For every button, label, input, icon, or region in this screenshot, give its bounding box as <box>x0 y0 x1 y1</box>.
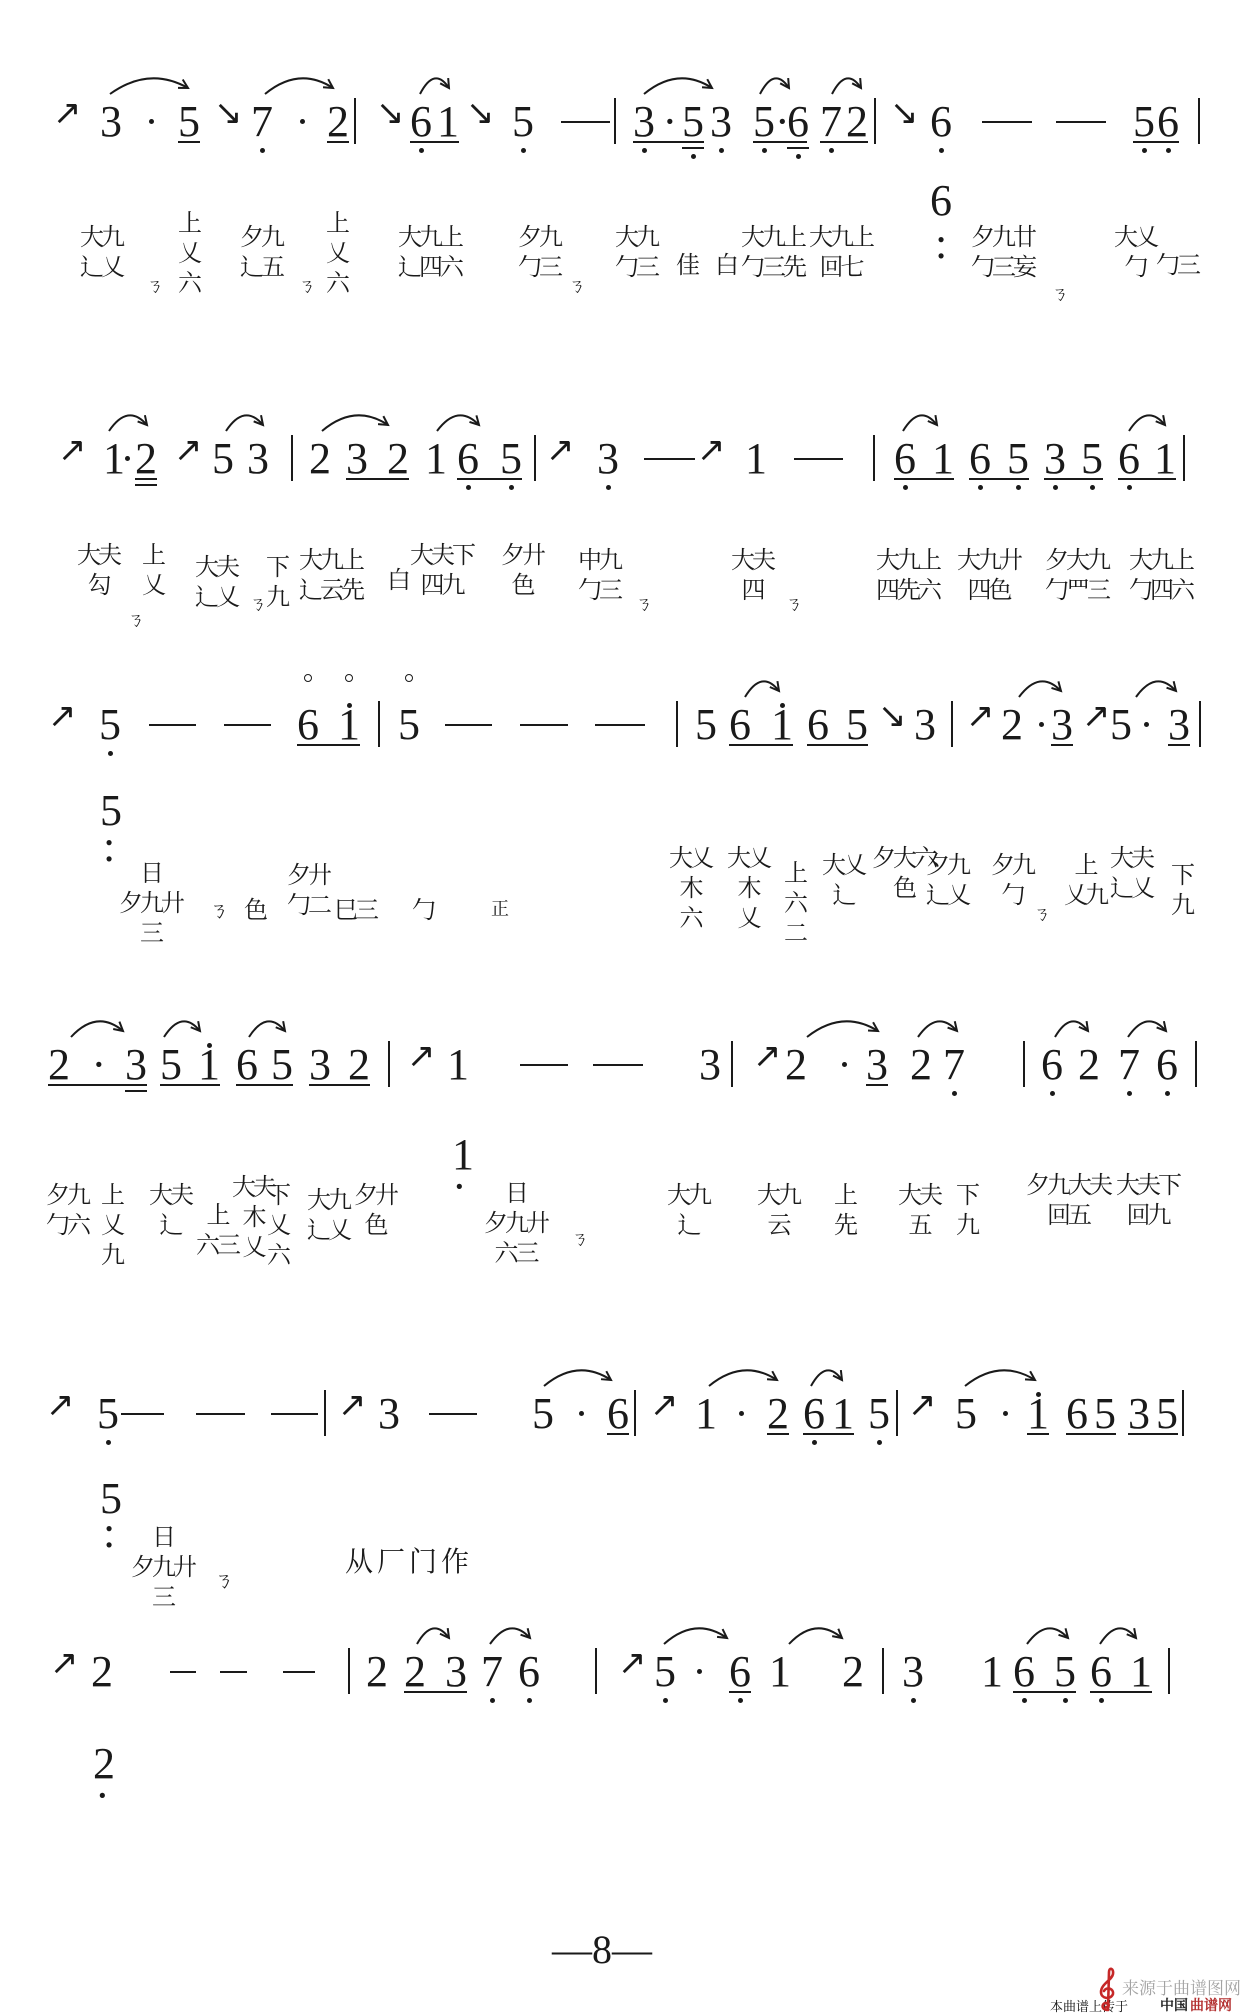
jianzi-part: 下 <box>1171 860 1192 890</box>
slur-arrowhead-icon <box>1157 1021 1166 1031</box>
barline <box>324 1390 326 1436</box>
jianzi-glyph: 大夫辶 <box>149 1180 191 1240</box>
note-digit: 1 <box>771 704 793 746</box>
jianzi-part: 勹三 <box>578 575 620 605</box>
note-group: 6 <box>729 1651 751 1693</box>
jianzi-glyph: 大九上四先六 <box>876 545 939 605</box>
slur-arc <box>811 1370 842 1386</box>
slur-arc <box>1136 681 1176 697</box>
jianzi-part: 上 <box>834 1180 855 1210</box>
jianzi-part: 下 <box>267 1180 288 1210</box>
note-digit: 3 <box>699 1044 721 1086</box>
slur-arrowhead-icon <box>521 1628 530 1638</box>
note-digit: 2 <box>1001 704 1023 746</box>
jianzi-part: 勹三 <box>518 252 560 282</box>
jianzi-glyph: 下九 <box>956 1180 977 1240</box>
note-group: 5 <box>532 1393 554 1435</box>
jianzi-part: 回七 <box>820 252 862 282</box>
jianzi-glyph: 上先 <box>834 1180 855 1240</box>
slur-arc <box>664 1628 727 1644</box>
augmentation-dot <box>125 456 130 461</box>
note-digit: 5 <box>271 1044 293 1086</box>
note-group: 32 <box>346 438 409 480</box>
jianzi-part: 色 <box>512 570 533 600</box>
jianzi-part: 夕九 <box>926 850 968 880</box>
note-digit: 1 <box>981 1651 1003 1693</box>
note-digit: 2 <box>842 1651 864 1693</box>
note-digit: 3 <box>1128 1393 1150 1435</box>
note-group: 1 <box>695 1393 717 1435</box>
jianzi-glyph: 上乂六 <box>178 208 199 298</box>
note-digit: 6 <box>236 1044 258 1086</box>
jianzi-glyph: 大夫勾 <box>77 540 119 600</box>
note-digit: 5 <box>1081 438 1103 480</box>
slur-arrowhead-icon <box>440 78 449 88</box>
barline <box>534 435 536 481</box>
jianzi-part: 日 <box>140 858 161 888</box>
jianzi-part: 乂 <box>326 238 347 268</box>
hold-dash <box>220 1671 247 1673</box>
note-digit: 6 <box>1013 1651 1035 1693</box>
hold-dash <box>196 1413 245 1415</box>
note-group: 2·3 <box>48 1044 147 1086</box>
jianzi-glyph: 大乂勹 <box>1114 222 1156 282</box>
note-digit: 2 <box>135 438 157 480</box>
note-group: 61 <box>729 704 793 746</box>
note-group: 61 <box>410 101 459 143</box>
note-group: 32 <box>309 1044 370 1086</box>
note-digit: 6 <box>297 704 319 746</box>
jianzi-part: 夕九廾 <box>131 1552 194 1582</box>
jianzi-part: 勹六 <box>46 1210 88 1240</box>
note-digit: 1 <box>103 438 125 480</box>
barline <box>354 98 356 144</box>
slur-arc <box>226 415 263 431</box>
jianzi-part: 大乂 <box>822 850 864 880</box>
jianzi-part: 辶 <box>160 1210 181 1240</box>
barline <box>874 98 876 144</box>
hold-dash <box>520 1064 568 1066</box>
note-group: 5 <box>695 704 717 746</box>
jianzi-part: 色 <box>244 895 265 925</box>
jianzi-part: 夕廾 <box>501 540 543 570</box>
note-group: 3 <box>710 101 732 143</box>
slur-arrowhead-icon <box>1079 1021 1088 1031</box>
slur-arc <box>789 1628 842 1644</box>
slur-arrowhead-icon <box>1156 415 1165 425</box>
note-digit: 2 <box>767 1393 789 1435</box>
jianzi-part: 大九上 <box>299 545 362 575</box>
slur-arrowhead-icon <box>138 415 147 425</box>
barline <box>731 1041 733 1087</box>
note-digit: 2 <box>1078 1044 1100 1086</box>
note-digit: 5 <box>212 438 234 480</box>
note-digit: 2 <box>846 101 868 143</box>
note-digit: 6 <box>930 101 952 143</box>
jianzi-glyph: 巳三 <box>334 895 376 925</box>
note-group: 6 <box>1156 1044 1178 1086</box>
slur-arc <box>322 415 388 431</box>
arrow-up-icon: ↗ <box>46 1388 75 1422</box>
jianzi-part: ㄋ <box>1033 900 1048 930</box>
note-group: 2 <box>910 1044 932 1086</box>
jianzi-part: 大夫 <box>195 552 237 582</box>
note-group: 2 <box>366 1651 388 1693</box>
note-digit: 3 <box>914 704 936 746</box>
hold-dash <box>794 458 843 460</box>
jianzi-glyph: ㄋ <box>146 272 161 302</box>
jianzi-part: 九 <box>266 582 287 612</box>
augmentation-dot <box>300 119 305 124</box>
slur-arc <box>1128 1021 1166 1037</box>
note-group: 3 <box>378 1393 400 1435</box>
note-group: 3 <box>902 1651 924 1693</box>
jianzi-part: 上 <box>178 208 199 238</box>
note-digit: 5 <box>97 1393 119 1435</box>
jianzi-part: 夕九廾 <box>119 888 182 918</box>
jianzi-glyph: 大九上勹四六 <box>1129 545 1192 605</box>
jianzi-part: 大乂 <box>1114 222 1156 252</box>
note-group: 5 <box>654 1651 676 1693</box>
jianzi-glyph: 大九云 <box>757 1180 799 1240</box>
jianzi-part: 大夫 <box>149 1180 191 1210</box>
jianzi-glyph: 夕大九勹罒三 <box>1045 545 1108 605</box>
jianzi-part: 大九 <box>307 1185 349 1215</box>
note-group: 35 <box>1044 438 1103 480</box>
note-digit: 2 <box>91 1651 113 1693</box>
score-page: ↗35↘72↘61↘53·535·672↘656↗12↗53232165↗3↗1… <box>0 0 1251 2015</box>
note-group: 2 <box>309 438 331 480</box>
hold-dash <box>429 1413 477 1415</box>
jianzi-glyph: ㄋ <box>1033 900 1048 930</box>
note-group: 35 <box>1128 1393 1178 1435</box>
note-digit: 3 <box>866 1044 888 1086</box>
note-digit: 5 <box>99 704 121 746</box>
jianzi-part: 木 <box>680 873 701 903</box>
note-group: 3·5 <box>633 101 704 143</box>
note-group: 2 <box>767 1393 789 1435</box>
jianzi-part: 二 <box>784 918 805 948</box>
note-digit: 3 <box>445 1651 467 1693</box>
jianzi-part: 勹 <box>1125 252 1146 282</box>
note-group: 61 <box>1118 438 1176 480</box>
jianzi-part: 勹三先 <box>741 252 804 282</box>
jianzi-glyph: 大夫四 <box>731 545 773 605</box>
arrow-up-icon: ↗ <box>650 1388 679 1422</box>
jianzi-glyph: 大乂辶 <box>822 850 864 910</box>
jianzi-part: 夕九廾 <box>484 1208 547 1238</box>
slur-arc <box>110 78 188 94</box>
jianzi-part: 巳三 <box>334 895 376 925</box>
jianzi-part: 大夫下 <box>410 540 473 570</box>
jianzi-part: 勹三 <box>1156 250 1198 280</box>
note-digit: 5 <box>160 1044 182 1086</box>
jianzi-part: 大九 <box>615 222 657 252</box>
note-digit: 3 <box>633 101 655 143</box>
hold-dash <box>445 724 492 726</box>
hold-dash <box>595 724 645 726</box>
jianzi-part: 夕大九 <box>1045 545 1108 575</box>
jianzi-part: 六三 <box>495 1238 537 1268</box>
note-group: 65 <box>457 438 522 480</box>
note-group: 7 <box>1118 1044 1140 1086</box>
note-group: 3 <box>100 101 122 143</box>
note-digit: 5 <box>532 1393 554 1435</box>
note-digit: 7 <box>251 101 273 143</box>
jianzi-glyph: 下九 <box>266 552 287 612</box>
slur-arc <box>109 415 147 431</box>
note-group: 65 <box>807 704 868 746</box>
slur-arrowhead-icon <box>832 1629 842 1638</box>
jianzi-part: 辶乂 <box>195 582 237 612</box>
jianzi-glyph: 白 <box>387 565 408 595</box>
note-group: 1 <box>769 1651 791 1693</box>
slur-arc <box>709 1370 777 1386</box>
barline <box>1023 1041 1025 1087</box>
note-digit: 6 <box>607 1393 629 1435</box>
jianzi-part: 勾 <box>88 570 109 600</box>
arrow-up-icon: ↗ <box>753 1039 782 1073</box>
note-digit: 1 <box>832 1393 854 1435</box>
note-digit: 1 <box>932 438 954 480</box>
jianzi-part: 五 <box>909 1210 930 1240</box>
arrow-up-icon: ↗ <box>407 1039 436 1073</box>
note-digit: 1 <box>1027 1393 1049 1435</box>
hold-dash <box>520 724 568 726</box>
string-number-mark: · <box>95 1775 110 1817</box>
note-digit: 5 <box>178 101 200 143</box>
tablature-annotation: 从厂门作 <box>345 1540 473 1580</box>
jianzi-part: ㄋ <box>146 272 161 302</box>
jianzi-part: 三 <box>140 918 161 948</box>
note-digit: 5 <box>398 704 420 746</box>
note-digit: 6 <box>457 438 479 480</box>
jianzi-part: 上 <box>1075 850 1096 880</box>
barline <box>676 701 678 747</box>
note-digit: 1 <box>437 101 459 143</box>
slur-arc <box>249 1021 285 1037</box>
slur-arc <box>265 78 333 94</box>
jianzi-glyph: ㄋ <box>214 1565 231 1595</box>
slur-arc <box>544 1370 611 1386</box>
jianzi-part: 大九上 <box>1129 545 1192 575</box>
hold-dash <box>283 1671 315 1673</box>
jianzi-part: 大九 <box>757 1180 799 1210</box>
note-digit: 7 <box>481 1651 503 1693</box>
jianzi-glyph: 大夫辶乂 <box>195 552 237 612</box>
barline <box>378 701 380 747</box>
barline <box>1199 701 1201 747</box>
note-group: 6 <box>930 101 952 143</box>
barline <box>348 1648 350 1694</box>
slur-arc <box>1129 415 1165 431</box>
jianzi-part: 四九 <box>421 570 463 600</box>
slur-arrowhead-icon <box>323 79 333 88</box>
note-digit: 2 <box>387 438 409 480</box>
note-group: 61 <box>1090 1651 1152 1693</box>
jianzi-glyph: 上乂 <box>142 540 163 600</box>
jianzi-part: 下 <box>266 552 287 582</box>
jianzi-glyph: 勹 <box>412 895 433 925</box>
jianzi-part: 夕廾 <box>354 1180 396 1210</box>
jianzi-glyph: 大九上回七 <box>809 222 872 282</box>
hold-dash <box>149 724 196 726</box>
barline <box>1182 1390 1184 1436</box>
note-group: 3 <box>699 1044 721 1086</box>
jianzi-part: 乂 <box>101 1210 122 1240</box>
note-group: 51 <box>160 1044 220 1086</box>
barline <box>1195 1041 1197 1087</box>
note-digit: 2 <box>366 1651 388 1693</box>
augmentation-dot <box>149 119 154 124</box>
jianzi-part: 回五 <box>1047 1200 1089 1230</box>
note-group: 5 <box>868 1393 890 1435</box>
arrow-down-icon: ↘ <box>878 699 907 733</box>
slur-arrowhead-icon <box>833 1370 842 1380</box>
arrow-up-icon: ↗ <box>966 699 995 733</box>
note-group: 5 <box>212 438 234 480</box>
jianzi-glyph: 夕廾色 <box>501 540 543 600</box>
jianzi-glyph: 勹三 <box>1156 250 1198 280</box>
note-group: 1 <box>981 1651 1003 1693</box>
note-group: 3 <box>597 438 619 480</box>
jianzi-glyph: 夕九勹六 <box>46 1180 88 1240</box>
note-digit: 6 <box>1118 438 1140 480</box>
note-group: 61 <box>894 438 954 480</box>
jianzi-glyph: 大九上辶四六 <box>398 222 461 282</box>
jianzi-part: 辶 <box>833 880 854 910</box>
slur-arrowhead-icon <box>868 1022 878 1031</box>
slur-arrowhead-icon <box>254 415 263 425</box>
slur-arrowhead-icon <box>601 1371 611 1380</box>
jianzi-part: 勹二 <box>287 890 329 920</box>
slur-arc <box>918 1021 957 1037</box>
note-group: 65 <box>1066 1393 1116 1435</box>
jianzi-glyph: 大九廾四色 <box>957 545 1020 605</box>
note-group: 3 <box>866 1044 888 1086</box>
hold-dash <box>593 1064 643 1066</box>
note-group: 3 <box>1051 704 1073 746</box>
jianzi-glyph: 日夕九廾三 <box>131 1522 194 1612</box>
note-digit: 2 <box>404 1651 426 1693</box>
jianzi-part: 辶乂 <box>80 252 122 282</box>
hold-dash <box>1056 121 1106 123</box>
note-group: 2 <box>1001 704 1023 746</box>
note-digit: 5 <box>512 101 534 143</box>
jianzi-part: 勹 <box>1002 880 1023 910</box>
slur-arrowhead-icon <box>178 80 188 88</box>
note-digit: 2 <box>48 1044 70 1086</box>
jianzi-glyph: 上六二 <box>784 858 805 948</box>
string-number-mark: : <box>103 826 115 868</box>
jianzi-part: 大九廾 <box>957 545 1020 575</box>
jianzi-part: 夕九 <box>240 222 282 252</box>
note-digit: 6 <box>729 704 751 746</box>
barline <box>595 1648 597 1694</box>
arrow-up-icon: ↗ <box>697 433 726 467</box>
jianzi-glyph: 夕九勹三 <box>518 222 560 282</box>
jianzi-part: 大乂 <box>669 843 711 873</box>
note-digit: 3 <box>346 438 368 480</box>
slur-arrowhead-icon <box>440 1628 449 1638</box>
jianzi-glyph: 夕九廿勹三妄 <box>971 222 1034 282</box>
note-group: 5 <box>178 101 200 143</box>
hold-dash <box>561 121 610 123</box>
note-group: 6 <box>518 1651 540 1693</box>
note-digit: 1 <box>1130 1651 1152 1693</box>
jianzi-part: 日 <box>152 1522 173 1552</box>
note-digit: 5 <box>1133 101 1155 143</box>
barline <box>951 701 953 747</box>
note-group: 5 <box>99 704 121 746</box>
note-digit: 2 <box>309 438 331 480</box>
jianzi-part: 六 <box>267 1240 288 1270</box>
slur-arc <box>420 78 449 94</box>
jianzi-glyph: 佳 <box>676 250 697 280</box>
jianzi-part: 四先六 <box>876 575 939 605</box>
jianzi-part: 勹三妄 <box>971 252 1034 282</box>
jianzi-part: 六 <box>784 888 805 918</box>
note-digit: 6 <box>807 704 829 746</box>
jianzi-part: 六 <box>680 903 701 933</box>
slur-arrowhead-icon <box>191 1021 200 1031</box>
note-digit: 5 <box>682 101 704 143</box>
note-group: 23 <box>404 1651 467 1693</box>
note-digit: 1 <box>1154 438 1176 480</box>
note-digit: 6 <box>410 101 432 143</box>
note-digit: 5 <box>1156 1393 1178 1435</box>
treble-clef-icon <box>1096 1966 1118 2014</box>
hold-dash <box>271 1413 318 1415</box>
slur-arc <box>903 415 937 431</box>
jianzi-glyph: 大夫下回九 <box>1116 1170 1179 1230</box>
barline <box>634 1390 636 1436</box>
jianzi-part: ㄋ <box>214 1565 231 1595</box>
note-group: 1 <box>745 438 767 480</box>
note-digit: 6 <box>518 1651 540 1693</box>
jianzi-part: 上 <box>207 1200 228 1230</box>
jianzi-glyph: 正 <box>491 895 506 925</box>
note-digit: 7 <box>1118 1044 1140 1086</box>
jianzi-part: 正 <box>491 895 506 925</box>
jianzi-glyph: 夕九大夫回五 <box>1026 1170 1110 1230</box>
jianzi-part: 下 <box>956 1180 977 1210</box>
note-digit: 3 <box>1051 704 1073 746</box>
note-group: 5 <box>97 1393 119 1435</box>
note-digit: 7 <box>943 1044 965 1086</box>
arrow-up-icon: ↗ <box>338 1388 367 1422</box>
jianzi-part: ㄋ <box>127 606 142 636</box>
slur-arc <box>71 1021 123 1037</box>
slur-arc <box>164 1021 200 1037</box>
jianzi-part: 勹 <box>412 895 433 925</box>
note-digit: 6 <box>729 1651 751 1693</box>
jianzi-glyph: 大九上勹三先 <box>741 222 804 282</box>
jianzi-part: 六 <box>178 268 199 298</box>
jianzi-glyph: ㄋ <box>249 590 264 620</box>
jianzi-glyph: ㄋ <box>1051 280 1066 310</box>
jianzi-glyph: 大夫下四九 <box>410 540 473 600</box>
jianzi-part: 辶五 <box>240 252 282 282</box>
slur-arc <box>1027 1628 1068 1644</box>
slur-arrowhead-icon <box>469 415 479 425</box>
note-digit: 1 <box>425 438 447 480</box>
jianzi-part: 木 <box>738 873 759 903</box>
note-digit: 2 <box>785 1044 807 1086</box>
augmentation-dot <box>842 1062 847 1067</box>
hold-dash <box>121 1413 164 1415</box>
jianzi-part: 辶四六 <box>398 252 461 282</box>
